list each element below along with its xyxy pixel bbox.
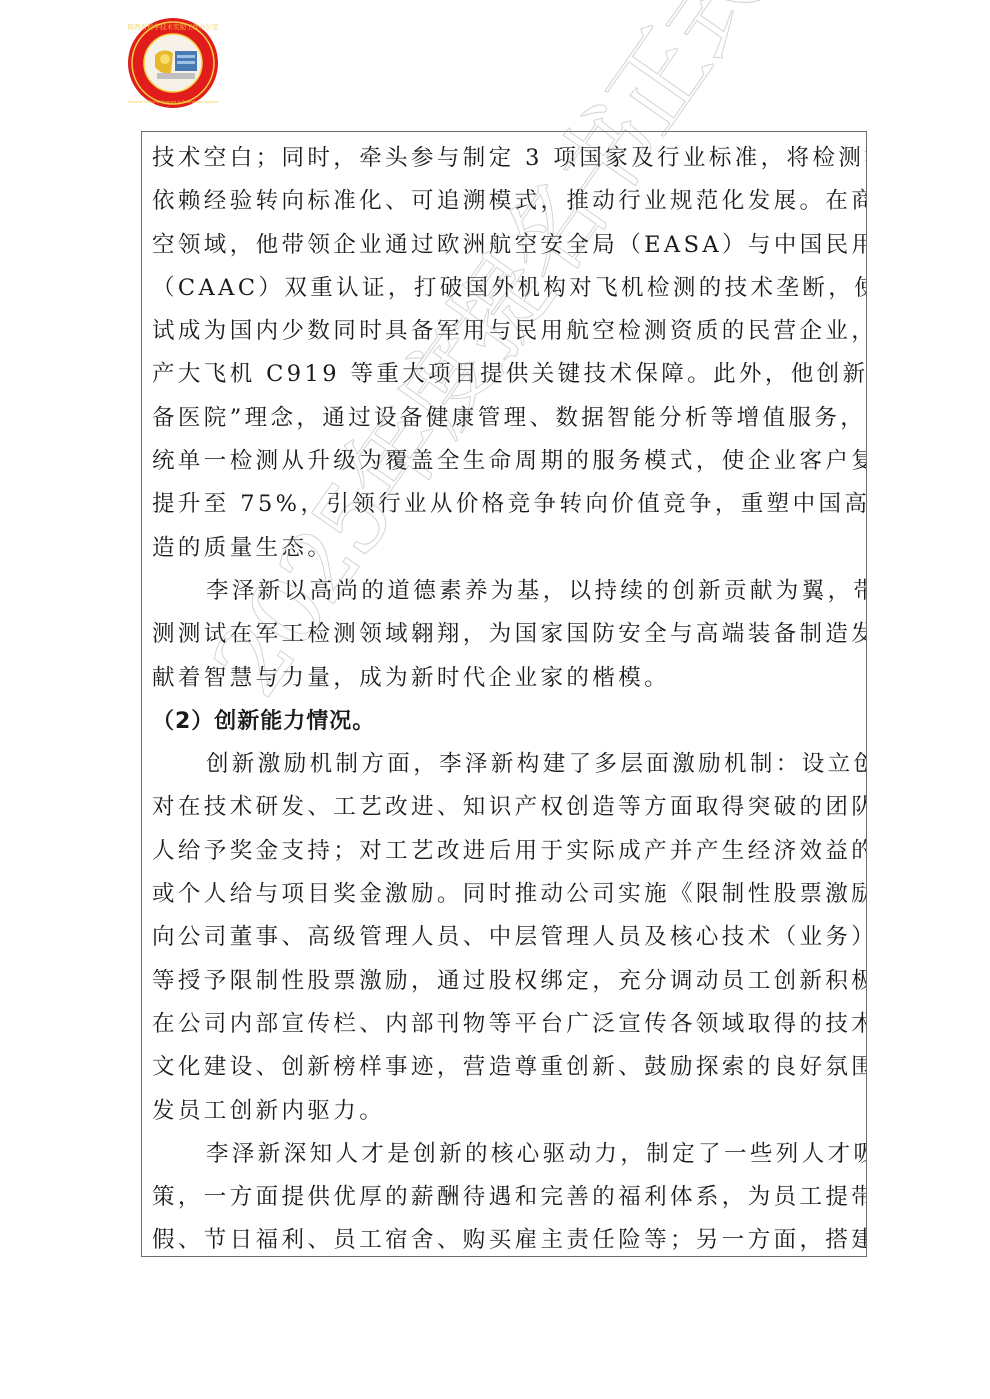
text-line: 统单一检测从升级为覆盖全生命周期的服务模式，使企业客户复购率 [152, 440, 864, 483]
text-line: 试成为国内少数同时具备军用与民用航空检测资质的民营企业，为国 [152, 310, 864, 353]
document-body: 技术空白；同时，牵头参与制定 3 项国家及行业标准，将检测流程从依赖经验转向标准… [152, 137, 864, 1257]
text-line: 李泽新深知人才是创新的核心驱动力，制定了一些列人才吸纳政 [152, 1133, 864, 1176]
text-line: 李泽新以高尚的道德素养为基，以持续的创新贡献为翼，带领西 [152, 570, 864, 613]
text-line: 或个人给与项目奖金激励。同时推动公司实施《限制性股票激励计划》， [152, 873, 864, 916]
text-line: 策，一方面提供优厚的薪酬待遇和完善的福利体系，为员工提带薪年 [152, 1176, 864, 1219]
text-line: 假、节日福利、员工宿舍、购买雇主责任险等；另一方面，搭建广阔 [152, 1219, 864, 1257]
text-line: 人给予奖金支持；对工艺改进后用于实际成产并产生经济效益的团队 [152, 830, 864, 873]
text-line: 发员工创新内驱力。 [152, 1090, 864, 1133]
text-line: 文化建设、创新榜样事迹，营造尊重创新、鼓励探索的良好氛围，激 [152, 1046, 864, 1089]
text-line: 等授予限制性股票激励，通过股权绑定，充分调动员工创新积极性。 [152, 960, 864, 1003]
text-line: 备医院”理念，通过设备健康管理、数据智能分析等增值服务，将传 [152, 397, 864, 440]
text-line: 技术空白；同时，牵头参与制定 3 项国家及行业标准，将检测流程从 [152, 137, 864, 180]
text-line: 测测试在军工检测领域翱翔，为国家国防安全与高端装备制造发展贡 [152, 613, 864, 656]
text-line: 对在技术研发、工艺改进、知识产权创造等方面取得突破的团队或个 [152, 786, 864, 829]
text-line: 向公司董事、高级管理人员、中层管理人员及核心技术（业务）骨干 [152, 916, 864, 959]
text-line: 在公司内部宣传栏、内部刊物等平台广泛宣传各领域取得的技术突破、 [152, 1003, 864, 1046]
text-line: 造的质量生态。 [152, 527, 864, 570]
text-line: 空领域，他带领企业通过欧洲航空安全局（EASA）与中国民用航空局 [152, 224, 864, 267]
text-line: 创新激励机制方面，李泽新构建了多层面激励机制：设立创新奖， [152, 743, 864, 786]
text-line: （CAAC）双重认证，打破国外机构对飞机检测的技术垄断，使西测测 [152, 267, 864, 310]
text-line: 产大飞机 C919 等重大项目提供关键技术保障。此外，他创新提出“装 [152, 353, 864, 396]
text-line: 依赖经验转向标准化、可追溯模式，推动行业规范化发展。在商用航 [152, 180, 864, 223]
section-heading: （2）创新能力情况。 [152, 700, 864, 743]
nomination-text-box: 技术空白；同时，牵头参与制定 3 项国家及行业标准，将检测流程从依赖经验转向标准… [141, 131, 867, 1257]
organization-seal-icon: 陕西省科学技术奖励工作办公室 Shaanxi Office of Science… [127, 17, 219, 109]
text-line: 提升至 75%，引领行业从价格竞争转向价值竞争，重塑中国高端装备制 [152, 483, 864, 526]
organization-seal-logo: 陕西省科学技术奖励工作办公室 Shaanxi Office of Science… [127, 17, 219, 109]
svg-text:Shaanxi Office of Science & Te: Shaanxi Office of Science & Technology A… [128, 99, 218, 104]
text-line: 献着智慧与力量，成为新时代企业家的楷模。 [152, 657, 864, 700]
svg-text:陕西省科学技术奖励工作办公室: 陕西省科学技术奖励工作办公室 [128, 22, 220, 31]
